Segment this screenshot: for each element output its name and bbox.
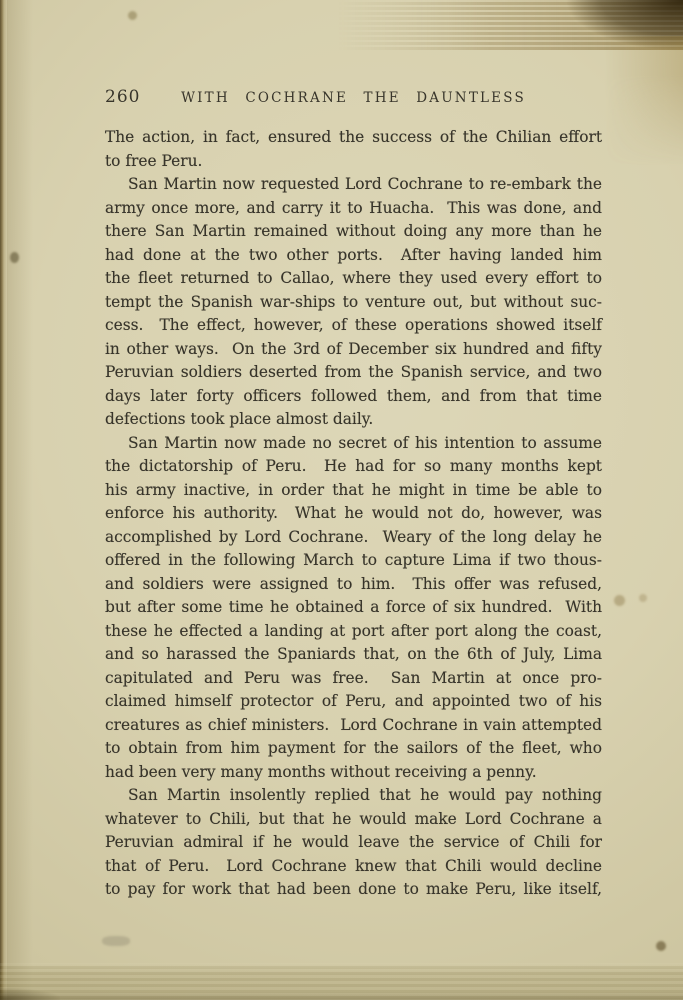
- text-line: and soldiers were assigned to him. This …: [105, 573, 602, 597]
- text-line: claimed himself protector of Peru, and a…: [105, 690, 602, 714]
- text-line: Peruvian soldiers deserted from the Span…: [105, 361, 602, 385]
- page-number: 260: [105, 87, 140, 107]
- text-line: and so harassed the Spaniards that, on t…: [105, 643, 602, 667]
- text-line: defections took place almost daily.: [105, 408, 602, 432]
- top-page-edge-streaks: [330, 0, 683, 50]
- text-line: had been very many months without receiv…: [105, 761, 602, 785]
- text-line: to pay for work that had been done to ma…: [105, 878, 602, 902]
- text-line: enforce his authority. What he would not…: [105, 502, 602, 526]
- text-line: the dictatorship of Peru. He had for so …: [105, 455, 602, 479]
- page-body-text: The action, in fact, ensured the success…: [105, 126, 602, 902]
- paragraph: San Martin now requested Lord Cochrane t…: [105, 173, 602, 432]
- text-line: days later forty officers followed them,…: [105, 385, 602, 409]
- page-gutter-shadow: [0, 0, 8, 1000]
- foxing-spot: [10, 252, 19, 263]
- paragraph: San Martin now made no secret of his int…: [105, 432, 602, 785]
- foxing-spot: [656, 941, 666, 951]
- page-crease-shadow: [7, 0, 33, 1000]
- text-line: these he effected a landing at port afte…: [105, 620, 602, 644]
- text-line: the fleet returned to Callao, where they…: [105, 267, 602, 291]
- text-line: there San Martin remained without doing …: [105, 220, 602, 244]
- text-line: to free Peru.: [105, 150, 602, 174]
- foxing-spot: [128, 11, 137, 20]
- text-line: cess. The effect, however, of these oper…: [105, 314, 602, 338]
- text-line: offered in the following March to captur…: [105, 549, 602, 573]
- text-line: accomplished by Lord Cochrane. Weary of …: [105, 526, 602, 550]
- bottom-edge-band: [0, 963, 683, 1000]
- text-line: tempt the Spanish war-ships to venture o…: [105, 291, 602, 315]
- page-header: 260 WITH COCHRANE THE DAUNTLESS: [105, 86, 602, 108]
- text-line: in other ways. On the 3rd of December si…: [105, 338, 602, 362]
- paragraph: The action, in fact, ensured the success…: [105, 126, 602, 173]
- foxing-spot: [639, 594, 647, 602]
- running-title: WITH COCHRANE THE DAUNTLESS: [105, 86, 602, 106]
- text-line: whatever to Chili, but that he would mak…: [105, 808, 602, 832]
- text-line: army once more, and carry it to Huacha. …: [105, 197, 602, 221]
- text-line: had done at the two other ports. After h…: [105, 244, 602, 268]
- paragraph: San Martin insolently replied that he wo…: [105, 784, 602, 902]
- text-line: Peruvian admiral if he would leave the s…: [105, 831, 602, 855]
- book-page-scan: 260 WITH COCHRANE THE DAUNTLESS The acti…: [0, 0, 683, 1000]
- text-line: creatures as chief ministers. Lord Cochr…: [105, 714, 602, 738]
- text-line: his army inactive, in order that he migh…: [105, 479, 602, 503]
- text-line: but after some time he obtained a force …: [105, 596, 602, 620]
- text-line: capitulated and Peru was free. San Marti…: [105, 667, 602, 691]
- text-line: San Martin now made no secret of his int…: [105, 432, 602, 456]
- text-line: San Martin now requested Lord Cochrane t…: [105, 173, 602, 197]
- right-edge-wash: [605, 36, 683, 166]
- text-line: San Martin insolently replied that he wo…: [105, 784, 602, 808]
- text-line: to obtain from him payment for the sailo…: [105, 737, 602, 761]
- text-line: The action, in fact, ensured the success…: [105, 126, 602, 150]
- bottom-left-corner-shadow: [0, 988, 60, 1000]
- smudge-mark: [102, 936, 130, 946]
- text-line: that of Peru. Lord Cochrane knew that Ch…: [105, 855, 602, 879]
- top-right-corner-shadow: [523, 0, 683, 80]
- foxing-spot: [614, 595, 625, 606]
